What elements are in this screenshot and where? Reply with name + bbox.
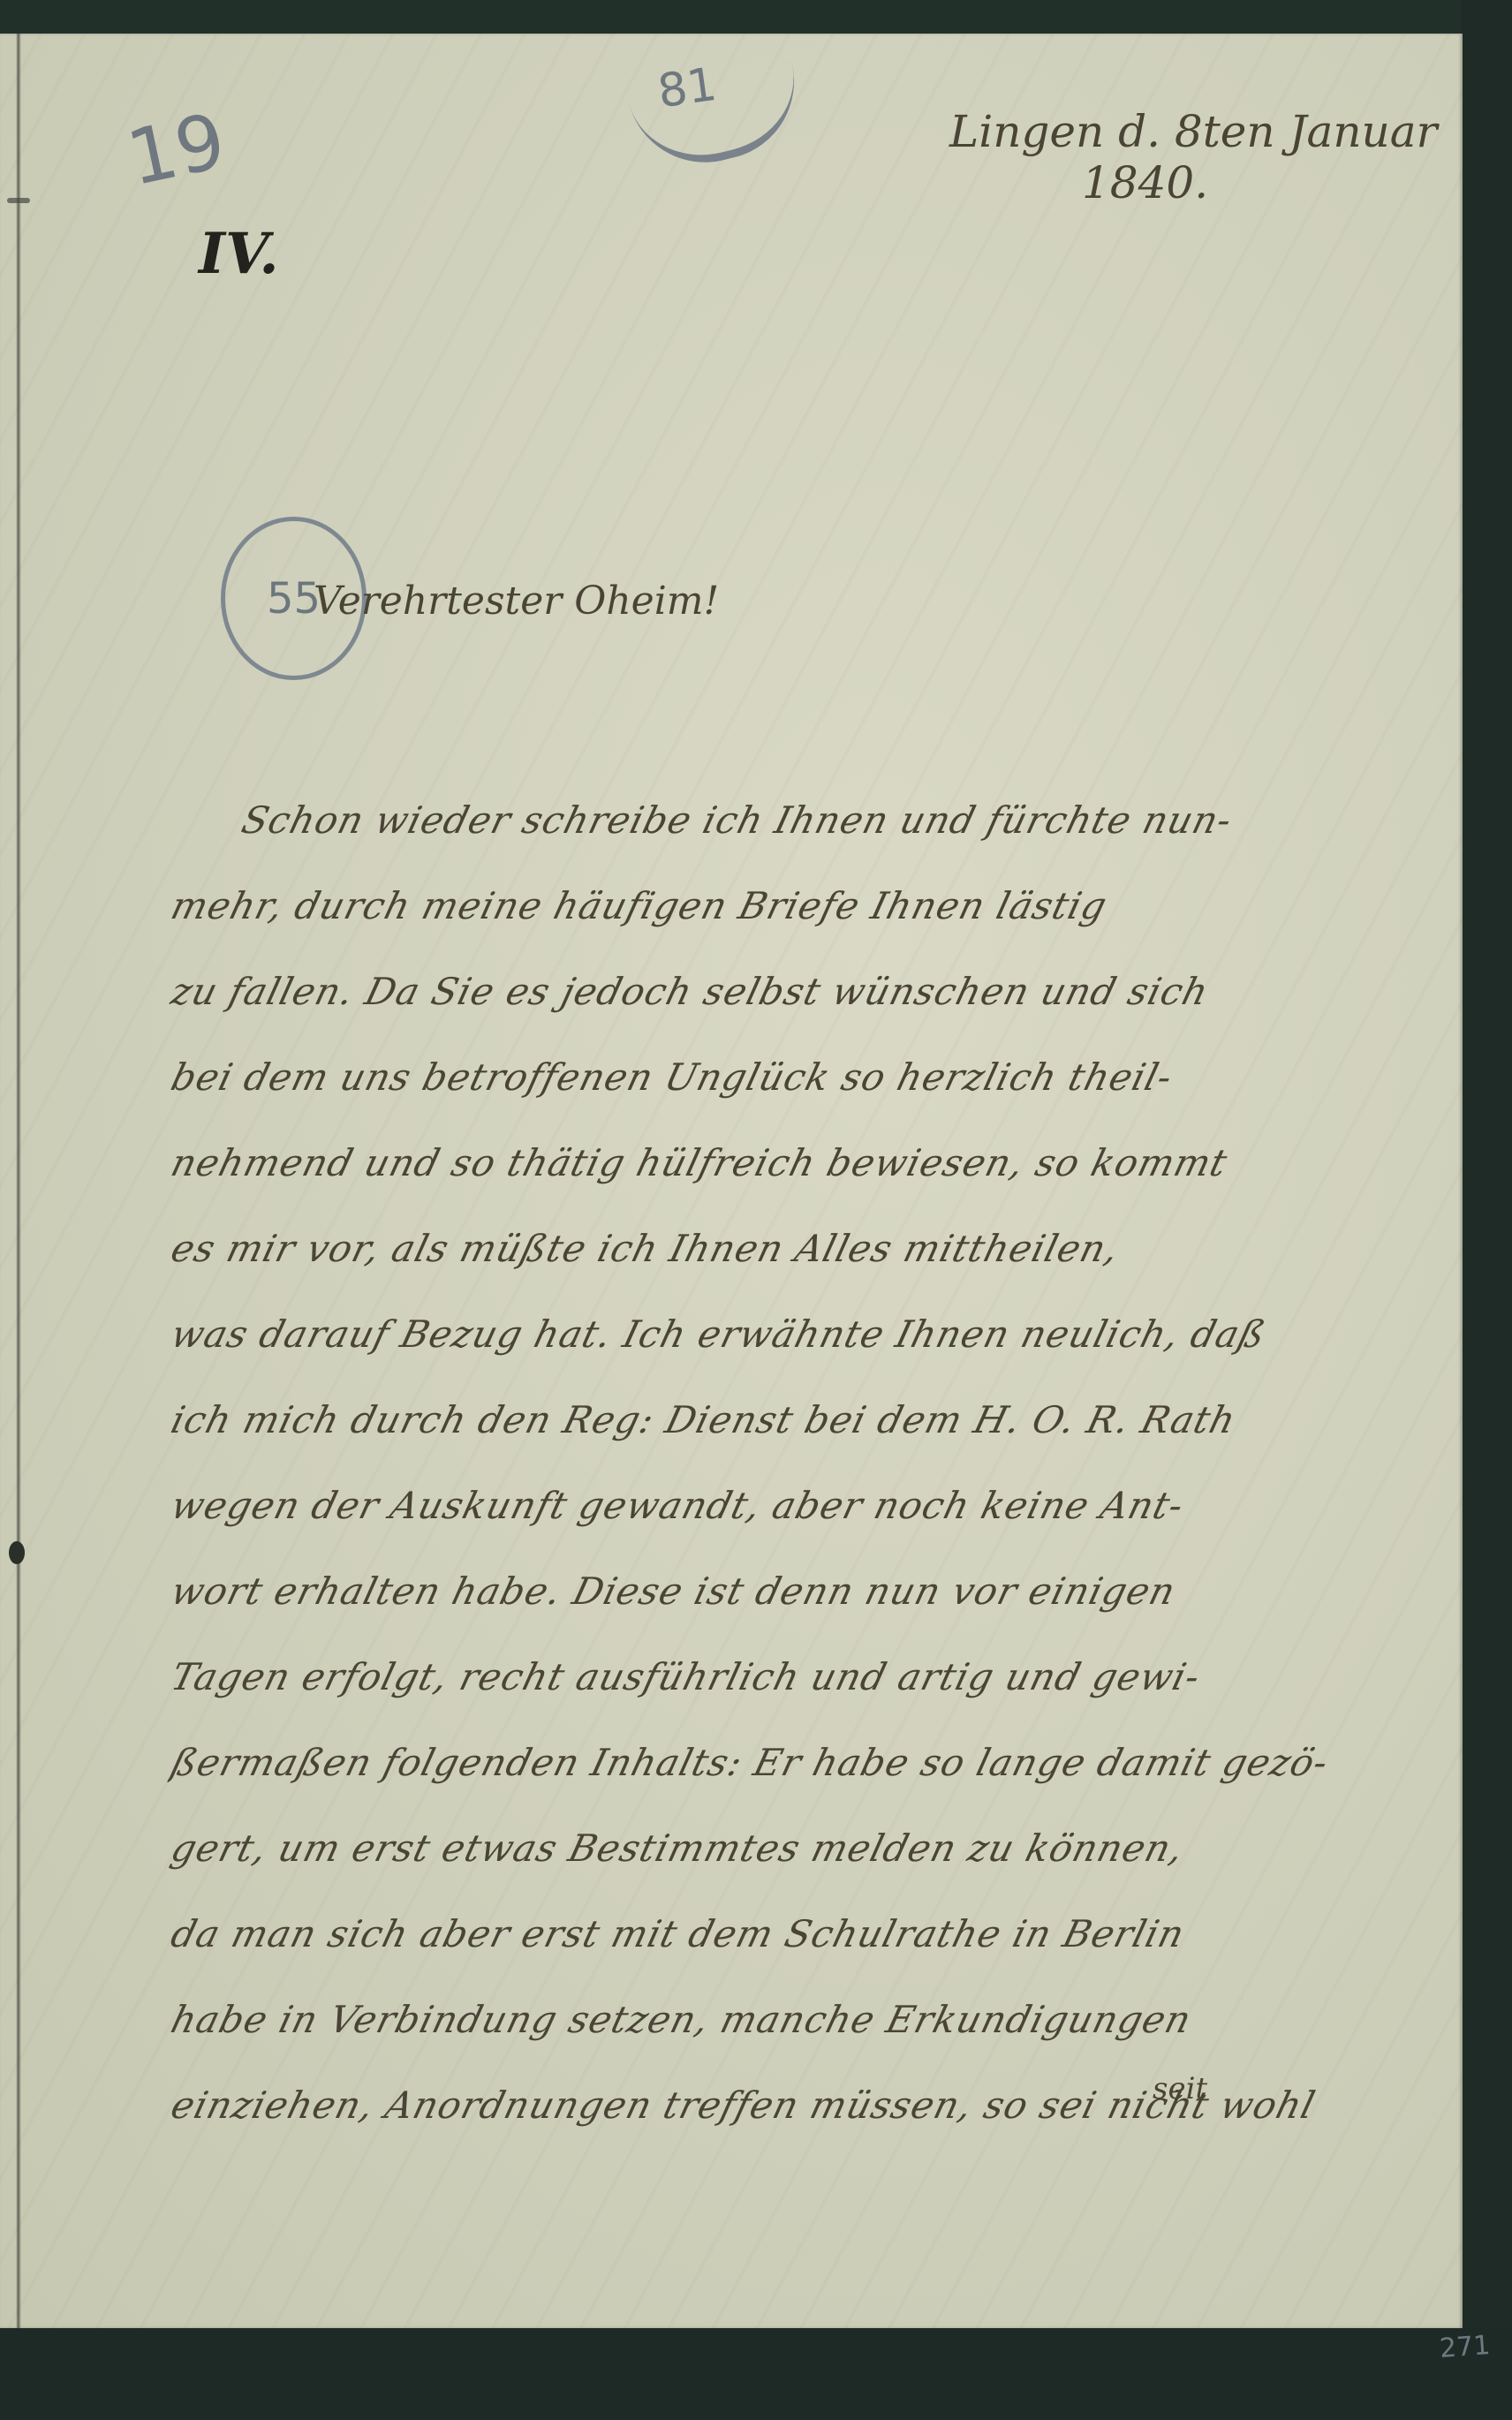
archive-frame-right: [1461, 0, 1512, 2420]
letter-line: habe in Verbindung setzen, manche Erkund…: [162, 1977, 1446, 2062]
letter-line: Tagen erfolgt, recht ausführlich und art…: [162, 1634, 1446, 1720]
letter-line: ßermaßen folgenden Inhalts: Er habe so l…: [162, 1720, 1446, 1805]
letter-line: zu fallen. Da Sie es jedoch selbst wünsc…: [162, 949, 1446, 1034]
letter-line: ich mich durch den Reg: Dienst bei dem H…: [162, 1377, 1446, 1463]
letter-line: mehr, durch meine häufigen Briefe Ihnen …: [162, 863, 1446, 949]
archive-frame-bottom: [0, 2327, 1512, 2420]
letter-line: was darauf Bezug hat. Ich erwähnte Ihnen…: [162, 1291, 1446, 1377]
binding-stitch-mark: [7, 198, 30, 203]
place-date-line: Lingen d. 8ten Januar 1840.: [949, 106, 1437, 208]
folio-number-top-center: 81: [654, 58, 720, 119]
letter-line: da man sich aber erst mit dem Schulrathe…: [162, 1891, 1446, 1977]
letter-body: Schon wieder schreibe ich Ihnen und fürc…: [172, 777, 1435, 2148]
letter-line: es mir vor, als müßte ich Ihnen Alles mi…: [162, 1206, 1446, 1291]
letter-line: gert, um erst etwas Bestimmtes melden zu…: [162, 1805, 1446, 1891]
letter-line: wort erhalten habe. Diese ist denn nun v…: [162, 1548, 1446, 1634]
letter-line: nehmend und so thätig hülfreich bewiesen…: [162, 1120, 1446, 1206]
letter-line: wegen der Auskunft gewandt, aber noch ke…: [162, 1463, 1446, 1548]
salutation: Verehrtester Oheim!: [314, 579, 719, 624]
letter-line: einziehen, Anordnungen treffen müssen, s…: [162, 2062, 1446, 2148]
letter-line: bei dem uns betroffenen Unglück so herzl…: [162, 1034, 1446, 1120]
binding-fold-line: [16, 34, 21, 2328]
archive-frame-top: [0, 0, 1512, 35]
year: 1840.: [949, 157, 1437, 208]
section-roman-numeral: IV.: [199, 221, 279, 287]
interlinear-insertion: seit: [1153, 2071, 1207, 2106]
place-and-date: Lingen d. 8ten Januar: [949, 106, 1437, 157]
letter-line: Schon wieder schreibe ich Ihnen und fürc…: [162, 777, 1446, 863]
ink-blot: [9, 1541, 25, 1564]
folio-number-bottom-right: 271: [1439, 2330, 1492, 2364]
circled-number-value: 55: [267, 574, 321, 624]
